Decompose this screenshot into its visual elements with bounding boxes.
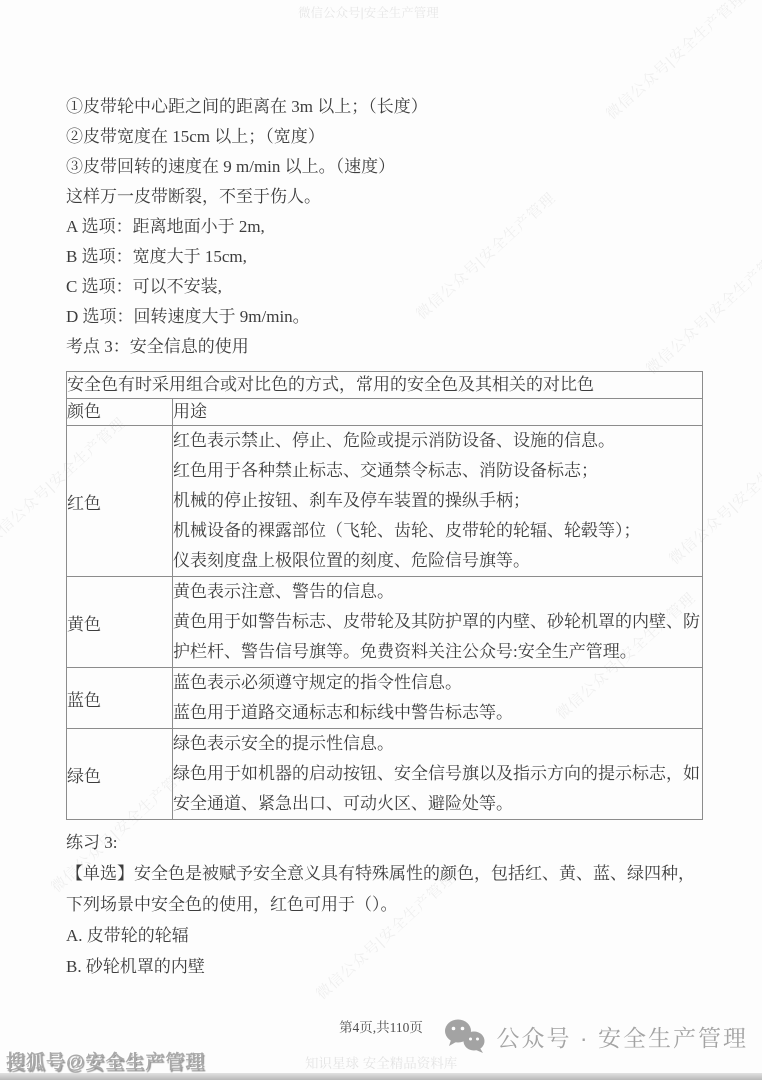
use-line: 蓝色表示必须遵守规定的指令性信息。 [173, 668, 702, 698]
exercise-section: 练习 3: 【单选】安全色是被赋予安全意义具有特殊属性的颜色，包括红、黄、蓝、绿… [66, 827, 703, 982]
body-line: ②皮带宽度在 15cm 以上；（宽度） [66, 122, 703, 152]
body-line: C 选项：可以不安装, [66, 272, 703, 302]
document-content: ①皮带轮中心距之间的距离在 3m 以上；（长度） ②皮带宽度在 15cm 以上；… [66, 92, 703, 982]
use-line: 蓝色用于道路交通标志和标线中警告标志等。 [173, 698, 702, 728]
document-page: 微信公众号|安全生产管理 微信公众号|安全生产管理 微信公众号|安全生产管理 微… [0, 0, 762, 1080]
body-line: ①皮带轮中心距之间的距离在 3m 以上；（长度） [66, 92, 703, 122]
use-line: 黄色用于如警告标志、皮带轮及其防护罩的内壁、砂轮机罩的内壁、防护栏杆、警告信号旗… [173, 607, 702, 667]
use-line: 机械设备的裸露部位（飞轮、齿轮、皮带轮的轮辐、轮毂等）； [173, 516, 702, 546]
use-line: 绿色用于如机器的启动按钮、安全信号旗以及指示方向的提示标志，如安全通道、紧急出口… [173, 759, 702, 819]
exercise-question: 【单选】安全色是被赋予安全意义具有特殊属性的颜色，包括红、黄、蓝、绿四种，下列场… [66, 858, 703, 920]
exercise-option-a: A. 皮带轮的轮辐 [66, 920, 703, 951]
body-line: ③皮带回转的速度在 9 m/min 以上。（速度） [66, 152, 703, 182]
column-header-color: 颜色 [67, 399, 173, 426]
exercise-option-b: B. 砂轮机罩的内壁 [66, 951, 703, 982]
wechat-account-footer: 公众号 · 安全生产管理 [443, 1017, 748, 1055]
sohu-watermark: 搜狐号@安全生产管理 [6, 1047, 206, 1074]
wechat-icon [443, 1017, 487, 1055]
table-row: 红色 红色表示禁止、停止、危险或提示消防设备、设施的信息。 红色用于各种禁止标志… [67, 426, 703, 577]
table-row: 绿色 绿色表示安全的提示性信息。 绿色用于如机器的启动按钮、安全信号旗以及指示方… [67, 729, 703, 820]
color-uses-red: 红色表示禁止、停止、危险或提示消防设备、设施的信息。 红色用于各种禁止标志、交通… [173, 426, 703, 577]
body-line: D 选项：回转速度大于 9m/min。 [66, 302, 703, 332]
use-line: 绿色表示安全的提示性信息。 [173, 729, 702, 759]
wechat-account-label: 公众号 · 安全生产管理 [497, 1020, 748, 1053]
column-header-use: 用途 [173, 399, 703, 426]
safety-color-table: 安全色有时采用组合或对比色的方式，常用的安全色及其相关的对比色 颜色 用途 红色… [66, 371, 703, 820]
watermark-top: 微信公众号|安全生产管理 [298, 3, 439, 21]
color-uses-blue: 蓝色表示必须遵守规定的指令性信息。 蓝色用于道路交通标志和标线中警告标志等。 [173, 668, 703, 729]
use-line: 机械的停止按钮、刹车及停车装置的操纵手柄； [173, 486, 702, 516]
page-bottom-edge [0, 1073, 762, 1080]
exercise-title: 练习 3: [66, 827, 703, 858]
watermark-bottom: 知识星球 安全精品资料库 [305, 1052, 457, 1072]
table-row: 蓝色 蓝色表示必须遵守规定的指令性信息。 蓝色用于道路交通标志和标线中警告标志等… [67, 668, 703, 729]
key-point-heading: 考点 3：安全信息的使用 [66, 332, 703, 362]
table-header-row: 颜色 用途 [67, 399, 703, 426]
color-name-green: 绿色 [67, 729, 173, 820]
table-row: 黄色 黄色表示注意、警告的信息。 黄色用于如警告标志、皮带轮及其防护罩的内壁、砂… [67, 577, 703, 668]
body-line: A 选项：距离地面小于 2m, [66, 212, 703, 242]
body-line: B 选项：宽度大于 15cm, [66, 242, 703, 272]
use-line: 红色表示禁止、停止、危险或提示消防设备、设施的信息。 [173, 426, 702, 456]
color-uses-yellow: 黄色表示注意、警告的信息。 黄色用于如警告标志、皮带轮及其防护罩的内壁、砂轮机罩… [173, 577, 703, 668]
use-line: 黄色表示注意、警告的信息。 [173, 577, 702, 607]
use-line: 红色用于各种禁止标志、交通禁令标志、消防设备标志； [173, 456, 702, 486]
color-uses-green: 绿色表示安全的提示性信息。 绿色用于如机器的启动按钮、安全信号旗以及指示方向的提… [173, 729, 703, 820]
body-line: 这样万一皮带断裂，不至于伤人。 [66, 182, 703, 212]
table-caption-row: 安全色有时采用组合或对比色的方式，常用的安全色及其相关的对比色 [67, 372, 703, 399]
table-caption: 安全色有时采用组合或对比色的方式，常用的安全色及其相关的对比色 [67, 372, 703, 399]
use-line: 仪表刻度盘上极限位置的刻度、危险信号旗等。 [173, 546, 702, 576]
color-name-blue: 蓝色 [67, 668, 173, 729]
color-name-yellow: 黄色 [67, 577, 173, 668]
color-name-red: 红色 [67, 426, 173, 577]
